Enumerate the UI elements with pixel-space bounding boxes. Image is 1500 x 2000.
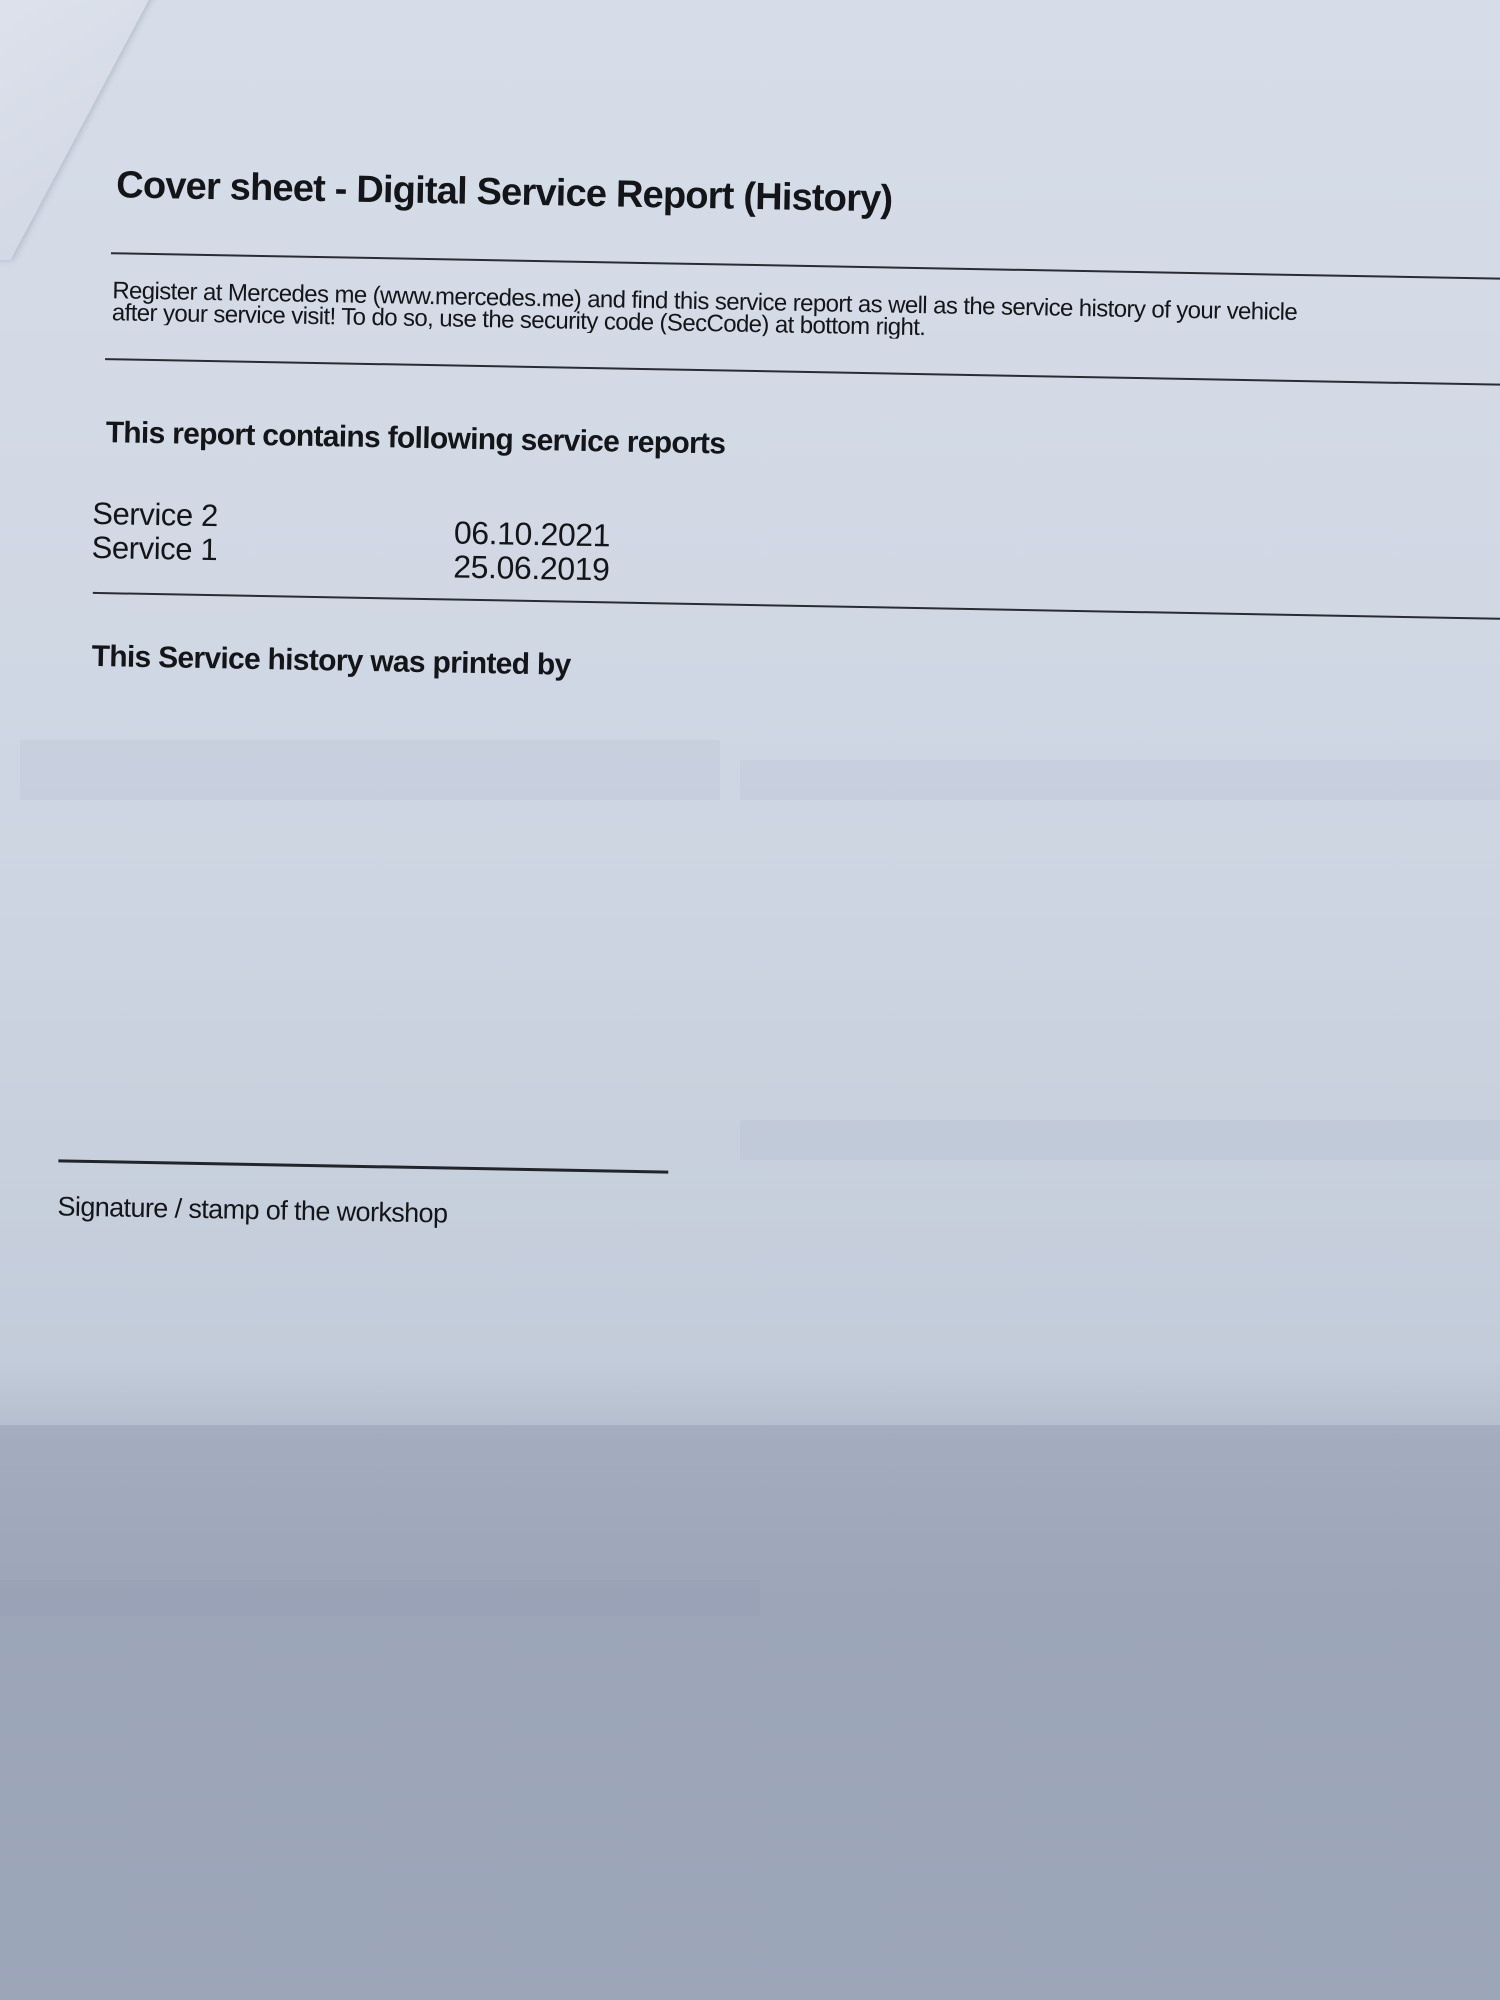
service-date: 25.06.2019 <box>453 549 610 589</box>
register-instructions: Register at Mercedes me (www.mercedes.me… <box>112 280 1500 350</box>
service-report-row: Service 2 06.10.2021 <box>92 496 93 530</box>
service-report-row: Service 1 25.06.2019 <box>91 530 92 564</box>
signature-label: Signature / stamp of the workshop <box>57 1191 447 1229</box>
divider <box>105 358 1500 386</box>
divider <box>93 592 1500 620</box>
paper-sheet: Cover sheet - Digital Service Report (Hi… <box>0 0 1500 2000</box>
service-name: Service 2 <box>92 496 218 534</box>
cover-sheet-content: Cover sheet - Digital Service Report (Hi… <box>0 0 1500 1325</box>
photo-shadow <box>0 1425 1500 2000</box>
divider <box>111 252 1500 280</box>
service-reports-list: Service 2 06.10.2021 Service 1 25.06.201… <box>91 496 92 564</box>
service-reports-heading: This report contains following service r… <box>105 416 725 461</box>
printed-by-heading: This Service history was printed by <box>91 640 571 683</box>
service-name: Service 1 <box>91 530 217 568</box>
signature-line <box>58 1159 668 1173</box>
document-title: Cover sheet - Digital Service Report (Hi… <box>116 164 893 221</box>
